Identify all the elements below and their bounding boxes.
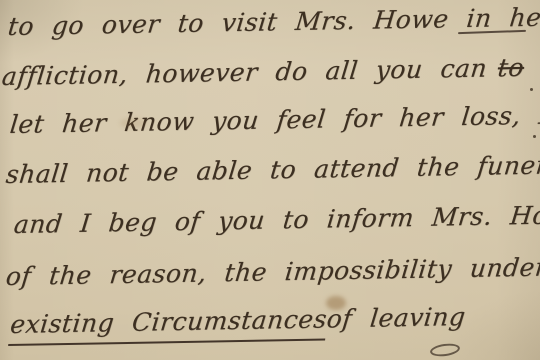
handwritten-line-1: to go over to visit Mrs. Howe in her bbox=[8, 2, 540, 41]
line-7-underlined-text: existing Circumstances bbox=[8, 304, 328, 346]
line-3-text: let her know you feel for her loss, I bbox=[8, 101, 540, 139]
handwritten-line-2: affliction, however do all you canto bbox=[2, 53, 525, 91]
handwritten-line-7: existing Circumstances of leaving bbox=[10, 302, 466, 346]
handwritten-line-5: and I beg of you to inform Mrs. Howe bbox=[14, 200, 540, 239]
letter-page: to go over to visit Mrs. Howe in her aff… bbox=[0, 0, 540, 360]
pen-flourish-loop bbox=[429, 342, 460, 358]
line-7-text: of leaving bbox=[325, 302, 467, 333]
line-6-text: of the reason, the impossibility under bbox=[4, 253, 540, 292]
line-2-struck-word: to bbox=[497, 53, 526, 83]
line-1-text: to go over to visit Mrs. Howe in her bbox=[6, 2, 540, 41]
handwritten-line-4: shall not be able to attend the funeral, bbox=[6, 150, 540, 189]
line-5-text: and I beg of you to inform Mrs. Howe bbox=[12, 200, 540, 239]
handwritten-line-6: of the reason, the impossibility under bbox=[6, 253, 540, 291]
ink-dot bbox=[533, 135, 536, 138]
line-4-text: shall not be able to attend the funeral, bbox=[4, 150, 540, 189]
line-2-text: affliction, however do all you can bbox=[0, 54, 488, 92]
ink-dot bbox=[530, 88, 533, 91]
handwritten-line-3: let her know you feel for her loss, I bbox=[10, 101, 540, 139]
